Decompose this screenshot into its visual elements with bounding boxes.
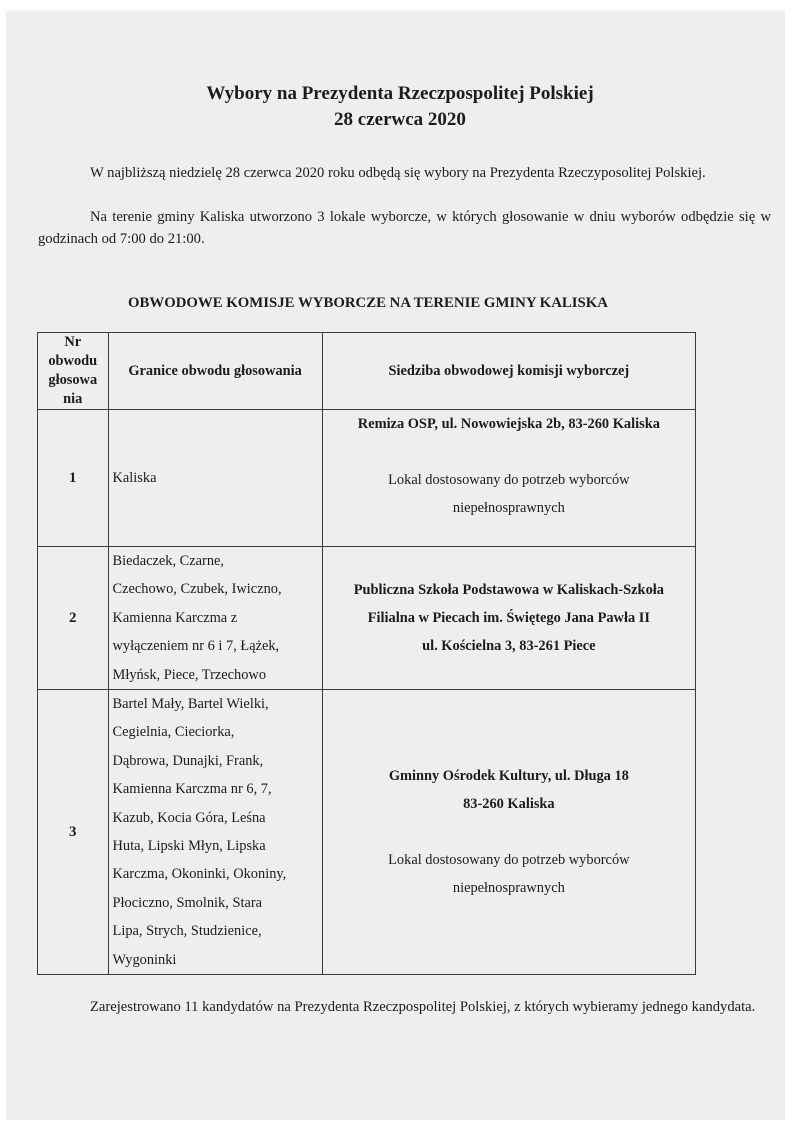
candidates-text: Zarejestrowano 11 kandydatów na Prezyden…	[90, 999, 755, 1015]
commission-address: Publiczna Szkoła Podstawowa w Kaliskach-…	[323, 576, 695, 604]
section-heading: OBWODOWE KOMISJE WYBORCZE NA TERENIE GMI…	[0, 293, 736, 313]
accessibility-note: niepełnosprawnych	[323, 874, 695, 902]
commission-address: 83-260 Kaliska	[323, 790, 695, 818]
district-boundaries: Kaliska	[108, 410, 322, 547]
commission-address: Filialna w Piecach im. Świętego Jana Paw…	[323, 604, 695, 632]
accessibility-note: Lokal dostosowany do potrzeb wyborców	[323, 846, 695, 874]
district-boundaries: Bartel Mały, Bartel Wielki,Cegielnia, Ci…	[108, 690, 322, 975]
intro-paragraph: W najbliższą niedzielę 28 czerwca 2020 r…	[38, 162, 771, 184]
polling-hours-paragraph: Na terenie gminy Kaliska utworzono 3 lok…	[38, 206, 771, 250]
commission-address: ul. Kościelna 3, 83-261 Piece	[323, 632, 695, 660]
district-number: 1	[38, 410, 109, 547]
candidates-paragraph: Zarejestrowano 11 kandydatów na Prezyden…	[38, 996, 771, 1018]
accessibility-note: Lokal dostosowany do potrzeb wyborców	[323, 466, 695, 494]
district-number: 3	[38, 690, 109, 975]
document-date: 28 czerwca 2020	[0, 107, 800, 133]
document-title: Wybory na Prezydenta Rzeczpospolitej Pol…	[0, 81, 800, 107]
table-row: 1 Kaliska Remiza OSP, ul. Nowowiejska 2b…	[38, 410, 696, 547]
commission-seat: Remiza OSP, ul. Nowowiejska 2b, 83-260 K…	[322, 410, 695, 547]
commission-address: Gminny Ośrodek Kultury, ul. Długa 18	[323, 762, 695, 790]
district-boundaries: Biedaczek, Czarne,Czechowo, Czubek, Iwic…	[108, 547, 322, 690]
accessibility-note: niepełnosprawnych	[323, 494, 695, 522]
table-header-row: Nrobwodugłosowania Granice obwodu głosow…	[38, 333, 696, 410]
commission-address: Remiza OSP, ul. Nowowiejska 2b, 83-260 K…	[323, 410, 695, 438]
commission-seat: Publiczna Szkoła Podstawowa w Kaliskach-…	[322, 547, 695, 690]
district-number: 2	[38, 547, 109, 690]
table-row: 2 Biedaczek, Czarne,Czechowo, Czubek, Iw…	[38, 547, 696, 690]
table-row: 3 Bartel Mały, Bartel Wielki,Cegielnia, …	[38, 690, 696, 975]
intro-paragraph-text: W najbliższą niedzielę 28 czerwca 2020 r…	[90, 165, 706, 181]
header-district-number: Nrobwodugłosowania	[38, 333, 109, 410]
polling-districts-table: Nrobwodugłosowania Granice obwodu głosow…	[37, 332, 696, 975]
commission-seat: Gminny Ośrodek Kultury, ul. Długa 1883-2…	[322, 690, 695, 975]
header-commission-seat: Siedziba obwodowej komisji wyborczej	[322, 333, 695, 410]
polling-hours-text: Na terenie gminy Kaliska utworzono 3 lok…	[38, 209, 771, 247]
header-district-boundaries: Granice obwodu głosowania	[108, 333, 322, 410]
